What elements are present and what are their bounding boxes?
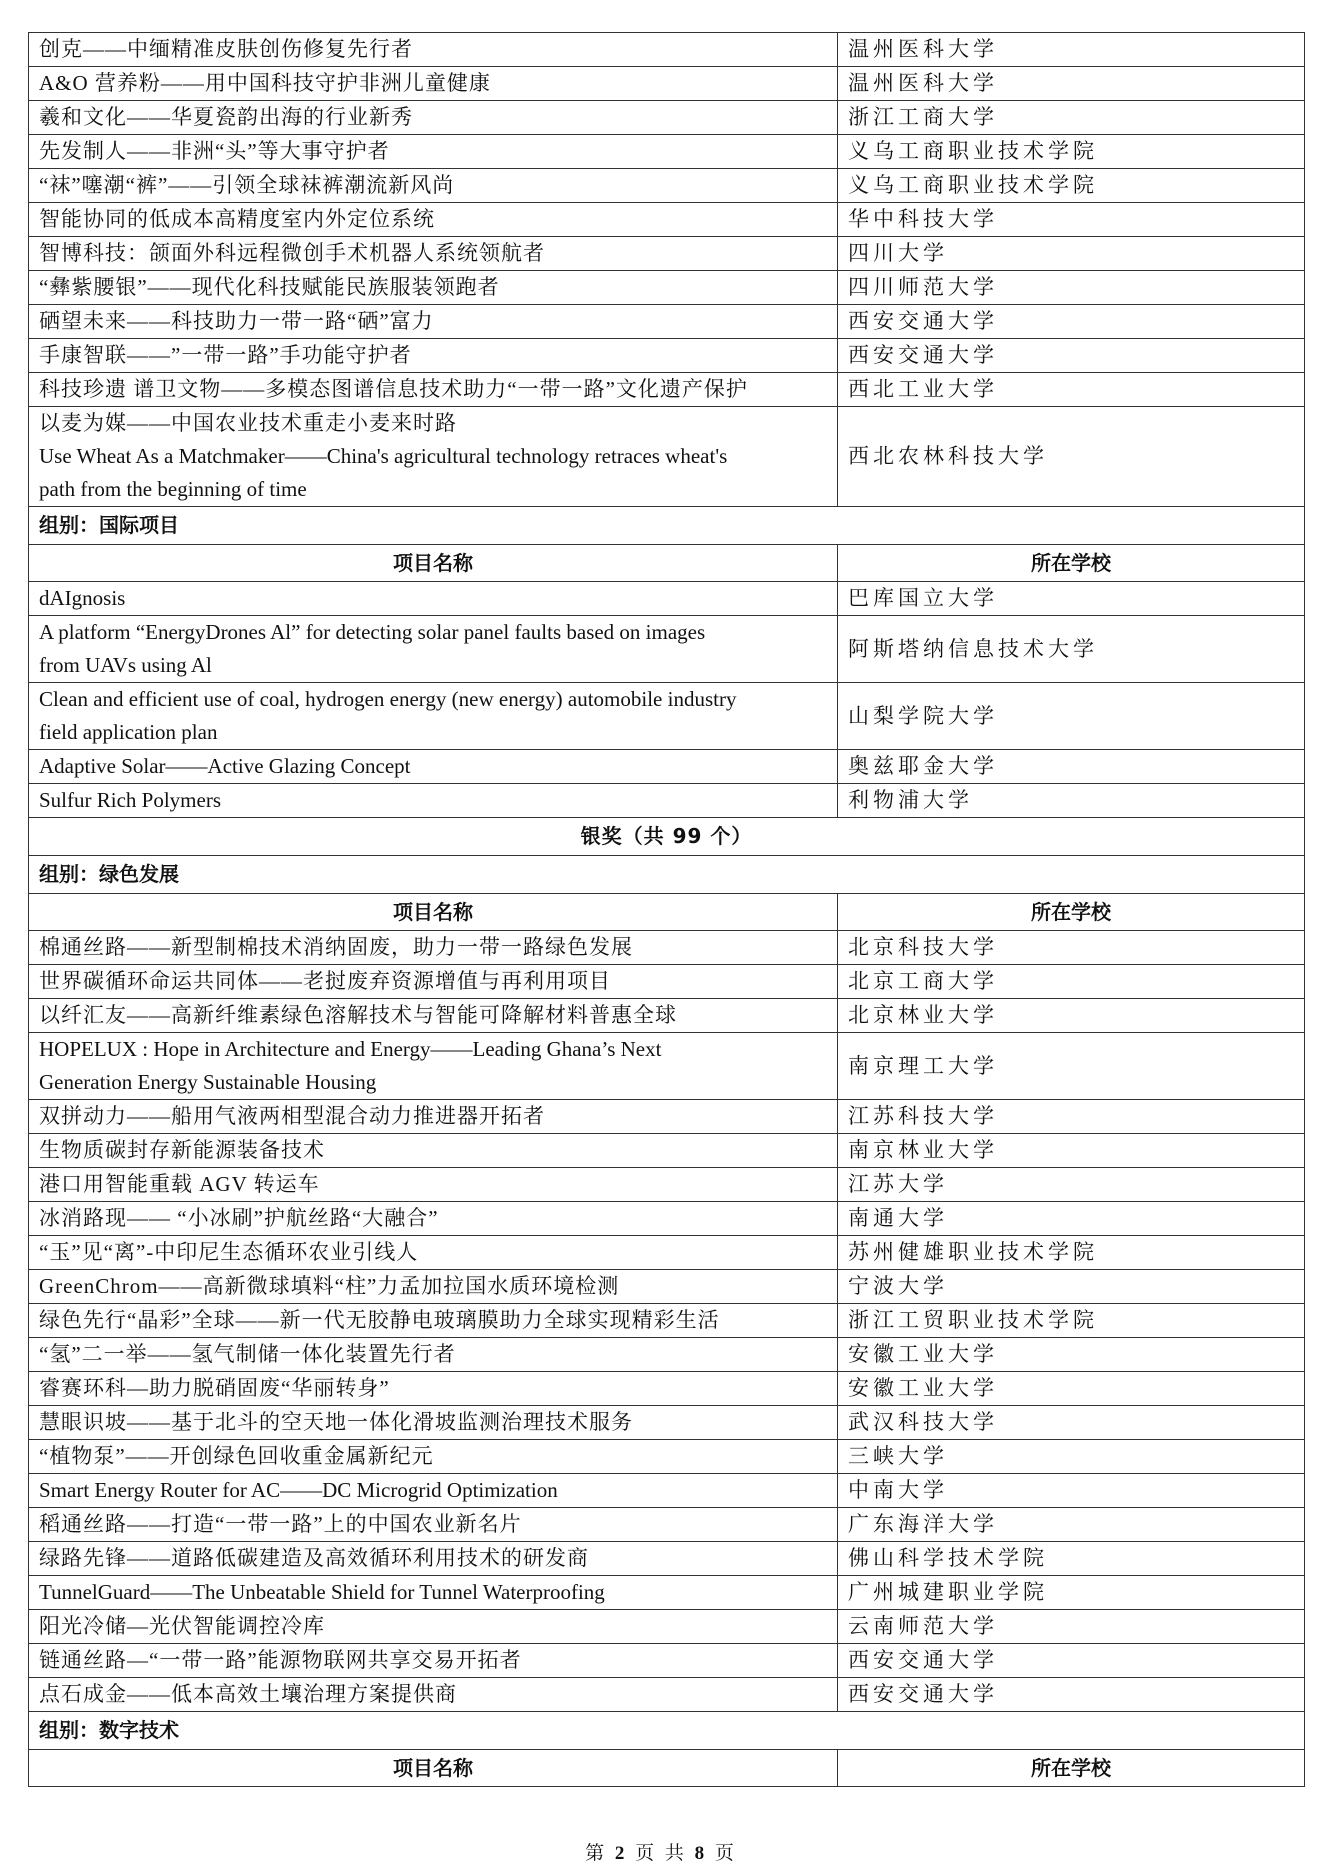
school-name: 浙江工商大学	[838, 101, 1305, 135]
project-name: 科技珍遗 谱卫文物——多模态图谱信息技术助力“一带一路”文化遗产保护	[29, 373, 838, 407]
school-name: 西安交通大学	[838, 1644, 1305, 1678]
table-row: “彝紫腰银”——现代化科技赋能民族服装领跑者四川师范大学	[29, 271, 1305, 305]
project-name: 绿路先锋——道路低碳建造及高效循环利用技术的研发商	[29, 1542, 838, 1576]
school-name: 西北农林科技大学	[838, 407, 1305, 507]
school-name: 广州城建职业学院	[838, 1576, 1305, 1610]
project-name: Adaptive Solar——Active Glazing Concept	[29, 750, 838, 784]
school-name: 北京科技大学	[838, 931, 1305, 965]
column-header-project: 项目名称	[29, 545, 838, 582]
table-row: 睿赛环科—助力脱硝固废“华丽转身”安徽工业大学	[29, 1372, 1305, 1406]
school-name: 四川大学	[838, 237, 1305, 271]
page-footer: 第 2 页 共 8 页	[0, 1838, 1322, 1865]
table-row: 生物质碳封存新能源装备技术南京林业大学	[29, 1134, 1305, 1168]
project-name: HOPELUX : Hope in Architecture and Energ…	[29, 1033, 838, 1100]
project-name: A platform “EnergyDrones Al” for detecti…	[29, 616, 838, 683]
table-row: 绿色先行“晶彩”全球——新一代无胶静电玻璃膜助力全球实现精彩生活浙江工贸职业技术…	[29, 1304, 1305, 1338]
project-name: dAIgnosis	[29, 582, 838, 616]
table-row: 阳光冷储—光伏智能调控冷库云南师范大学	[29, 1610, 1305, 1644]
school-name: 云南师范大学	[838, 1610, 1305, 1644]
school-name: 华中科技大学	[838, 203, 1305, 237]
school-name: 北京林业大学	[838, 999, 1305, 1033]
project-name: 生物质碳封存新能源装备技术	[29, 1134, 838, 1168]
project-name: 绿色先行“晶彩”全球——新一代无胶静电玻璃膜助力全球实现精彩生活	[29, 1304, 838, 1338]
school-name: 利物浦大学	[838, 784, 1305, 818]
table-row: 羲和文化——华夏瓷韵出海的行业新秀浙江工商大学	[29, 101, 1305, 135]
school-name: 南京理工大学	[838, 1033, 1305, 1100]
project-name-line: Generation Energy Sustainable Housing	[39, 1066, 827, 1099]
table-row: “植物泵”——开创绿色回收重金属新纪元三峡大学	[29, 1440, 1305, 1474]
project-name-line: A platform “EnergyDrones Al” for detecti…	[39, 616, 827, 649]
project-name: A&O 营养粉——用中国科技守护非洲儿童健康	[29, 67, 838, 101]
project-name: 冰消路现—— “小冰刷”护航丝路“大融合”	[29, 1202, 838, 1236]
project-name: 点石成金——低本高效土壤治理方案提供商	[29, 1678, 838, 1712]
table-header-row: 项目名称所在学校	[29, 894, 1305, 931]
project-name: 阳光冷储—光伏智能调控冷库	[29, 1610, 838, 1644]
table-row: dAIgnosis巴库国立大学	[29, 582, 1305, 616]
project-name-line: path from the beginning of time	[39, 473, 827, 506]
footer-suffix: 页	[715, 1843, 737, 1864]
school-name: 江苏科技大学	[838, 1100, 1305, 1134]
table-row: 链通丝路—“一带一路”能源物联网共享交易开拓者西安交通大学	[29, 1644, 1305, 1678]
project-name: 羲和文化——华夏瓷韵出海的行业新秀	[29, 101, 838, 135]
table-row: HOPELUX : Hope in Architecture and Energ…	[29, 1033, 1305, 1100]
project-name: 链通丝路—“一带一路”能源物联网共享交易开拓者	[29, 1644, 838, 1678]
project-name: 硒望未来——科技助力一带一路“硒”富力	[29, 305, 838, 339]
project-name: “彝紫腰银”——现代化科技赋能民族服装领跑者	[29, 271, 838, 305]
project-name: 以纤汇友——高新纤维素绿色溶解技术与智能可降解材料普惠全球	[29, 999, 838, 1033]
table-row: 以纤汇友——高新纤维素绿色溶解技术与智能可降解材料普惠全球北京林业大学	[29, 999, 1305, 1033]
school-name: 巴库国立大学	[838, 582, 1305, 616]
table-row: GreenChrom——高新微球填料“柱”力孟加拉国水质环境检测宁波大学	[29, 1270, 1305, 1304]
table-row: A platform “EnergyDrones Al” for detecti…	[29, 616, 1305, 683]
school-name: 南通大学	[838, 1202, 1305, 1236]
table-row: 创克——中缅精准皮肤创伤修复先行者温州医科大学	[29, 33, 1305, 67]
column-header-project: 项目名称	[29, 894, 838, 931]
column-header-school: 所在学校	[838, 894, 1305, 931]
group-label: 组别：绿色发展	[29, 856, 1305, 894]
school-name: 北京工商大学	[838, 965, 1305, 999]
school-name: 西北工业大学	[838, 373, 1305, 407]
school-name: 三峡大学	[838, 1440, 1305, 1474]
table-row: 以麦为媒——中国农业技术重走小麦来时路 Use Wheat As a Match…	[29, 407, 1305, 507]
school-name: 西安交通大学	[838, 1678, 1305, 1712]
table-row: 绿路先锋——道路低碳建造及高效循环利用技术的研发商佛山科学技术学院	[29, 1542, 1305, 1576]
award-title-row: 银奖（共 99 个）	[29, 818, 1305, 856]
project-name: “氢”二一举——氢气制储一体化装置先行者	[29, 1338, 838, 1372]
school-name: 安徽工业大学	[838, 1372, 1305, 1406]
school-name: 奥兹耶金大学	[838, 750, 1305, 784]
table-row: 稻通丝路——打造“一带一路”上的中国农业新名片广东海洋大学	[29, 1508, 1305, 1542]
project-name-line: Clean and efficient use of coal, hydroge…	[39, 683, 827, 716]
table-row: Sulfur Rich Polymers利物浦大学	[29, 784, 1305, 818]
school-name: 山梨学院大学	[838, 683, 1305, 750]
project-name: 以麦为媒——中国农业技术重走小麦来时路 Use Wheat As a Match…	[29, 407, 838, 507]
school-name: 义乌工商职业技术学院	[838, 135, 1305, 169]
school-name: 阿斯塔纳信息技术大学	[838, 616, 1305, 683]
school-name: 苏州健雄职业技术学院	[838, 1236, 1305, 1270]
table-row: 智能协同的低成本高精度室内外定位系统华中科技大学	[29, 203, 1305, 237]
project-name: 稻通丝路——打造“一带一路”上的中国农业新名片	[29, 1508, 838, 1542]
project-name: GreenChrom——高新微球填料“柱”力孟加拉国水质环境检测	[29, 1270, 838, 1304]
project-name: 创克——中缅精准皮肤创伤修复先行者	[29, 33, 838, 67]
footer-middle: 页 共	[635, 1843, 687, 1864]
project-name: 世界碳循环命运共同体——老挝废弃资源增值与再利用项目	[29, 965, 838, 999]
awards-document-page: 创克——中缅精准皮肤创伤修复先行者温州医科大学 A&O 营养粉——用中国科技守护…	[28, 32, 1294, 1787]
table-row: Smart Energy Router for AC——DC Microgrid…	[29, 1474, 1305, 1508]
table-row: 先发制人——非洲“头”等大事守护者义乌工商职业技术学院	[29, 135, 1305, 169]
table-row: 手康智联——”一带一路”手功能守护者西安交通大学	[29, 339, 1305, 373]
group-label-row: 组别：数字技术	[29, 1712, 1305, 1750]
school-name: 佛山科学技术学院	[838, 1542, 1305, 1576]
project-name: 双拼动力——船用气液两相型混合动力推进器开拓者	[29, 1100, 838, 1134]
table-row: 智博科技：颌面外科远程微创手术机器人系统领航者四川大学	[29, 237, 1305, 271]
school-name: 温州医科大学	[838, 33, 1305, 67]
group-label-row: 组别：国际项目	[29, 507, 1305, 545]
table-row: 冰消路现—— “小冰刷”护航丝路“大融合”南通大学	[29, 1202, 1305, 1236]
project-name: Clean and efficient use of coal, hydroge…	[29, 683, 838, 750]
table-row: TunnelGuard——The Unbeatable Shield for T…	[29, 1576, 1305, 1610]
table-row: 硒望未来——科技助力一带一路“硒”富力西安交通大学	[29, 305, 1305, 339]
school-name: 江苏大学	[838, 1168, 1305, 1202]
awards-table: 创克——中缅精准皮肤创伤修复先行者温州医科大学 A&O 营养粉——用中国科技守护…	[28, 32, 1305, 1787]
current-page-number: 2	[615, 1843, 628, 1864]
school-name: 宁波大学	[838, 1270, 1305, 1304]
school-name: 南京林业大学	[838, 1134, 1305, 1168]
table-row: Adaptive Solar——Active Glazing Concept奥兹…	[29, 750, 1305, 784]
project-name: 睿赛环科—助力脱硝固废“华丽转身”	[29, 1372, 838, 1406]
school-name: 中南大学	[838, 1474, 1305, 1508]
school-name: 四川师范大学	[838, 271, 1305, 305]
project-name: Smart Energy Router for AC——DC Microgrid…	[29, 1474, 838, 1508]
table-row: “袜”噻潮“裤”——引领全球袜裤潮流新风尚义乌工商职业技术学院	[29, 169, 1305, 203]
school-name: 温州医科大学	[838, 67, 1305, 101]
table-row: “玉”见“离”-中印尼生态循环农业引线人苏州健雄职业技术学院	[29, 1236, 1305, 1270]
project-name: Sulfur Rich Polymers	[29, 784, 838, 818]
school-name: 义乌工商职业技术学院	[838, 169, 1305, 203]
table-row: “氢”二一举——氢气制储一体化装置先行者安徽工业大学	[29, 1338, 1305, 1372]
school-name: 安徽工业大学	[838, 1338, 1305, 1372]
table-row: 港口用智能重载 AGV 转运车江苏大学	[29, 1168, 1305, 1202]
project-name-line: from UAVs using Al	[39, 649, 827, 682]
table-row: 世界碳循环命运共同体——老挝废弃资源增值与再利用项目北京工商大学	[29, 965, 1305, 999]
project-name: 手康智联——”一带一路”手功能守护者	[29, 339, 838, 373]
project-name: 智能协同的低成本高精度室内外定位系统	[29, 203, 838, 237]
project-name: 智博科技：颌面外科远程微创手术机器人系统领航者	[29, 237, 838, 271]
group-label-row: 组别：绿色发展	[29, 856, 1305, 894]
school-name: 西安交通大学	[838, 339, 1305, 373]
footer-prefix: 第	[585, 1843, 607, 1864]
group-label: 组别：数字技术	[29, 1712, 1305, 1750]
school-name: 浙江工贸职业技术学院	[838, 1304, 1305, 1338]
project-name: 先发制人——非洲“头”等大事守护者	[29, 135, 838, 169]
project-name: 港口用智能重载 AGV 转运车	[29, 1168, 838, 1202]
table-row: 双拼动力——船用气液两相型混合动力推进器开拓者江苏科技大学	[29, 1100, 1305, 1134]
project-name: “玉”见“离”-中印尼生态循环农业引线人	[29, 1236, 838, 1270]
project-name: 慧眼识坡——基于北斗的空天地一体化滑坡监测治理技术服务	[29, 1406, 838, 1440]
school-name: 广东海洋大学	[838, 1508, 1305, 1542]
school-name: 武汉科技大学	[838, 1406, 1305, 1440]
table-header-row: 项目名称所在学校	[29, 545, 1305, 582]
table-row: Clean and efficient use of coal, hydroge…	[29, 683, 1305, 750]
project-name: “植物泵”——开创绿色回收重金属新纪元	[29, 1440, 838, 1474]
project-name-line: field application plan	[39, 716, 827, 749]
table-row: 慧眼识坡——基于北斗的空天地一体化滑坡监测治理技术服务武汉科技大学	[29, 1406, 1305, 1440]
table-row: 科技珍遗 谱卫文物——多模态图谱信息技术助力“一带一路”文化遗产保护西北工业大学	[29, 373, 1305, 407]
table-row: 棉通丝路——新型制棉技术消纳固废，助力一带一路绿色发展北京科技大学	[29, 931, 1305, 965]
project-name: “袜”噻潮“裤”——引领全球袜裤潮流新风尚	[29, 169, 838, 203]
project-name: TunnelGuard——The Unbeatable Shield for T…	[29, 1576, 838, 1610]
school-name: 西安交通大学	[838, 305, 1305, 339]
table-row: 点石成金——低本高效土壤治理方案提供商西安交通大学	[29, 1678, 1305, 1712]
project-name: 棉通丝路——新型制棉技术消纳固废，助力一带一路绿色发展	[29, 931, 838, 965]
total-pages: 8	[695, 1843, 708, 1864]
project-name-line: Use Wheat As a Matchmaker——China's agric…	[39, 440, 827, 473]
table-row: A&O 营养粉——用中国科技守护非洲儿童健康温州医科大学	[29, 67, 1305, 101]
project-name-line: 以麦为媒——中国农业技术重走小麦来时路	[39, 407, 827, 440]
column-header-school: 所在学校	[838, 1750, 1305, 1787]
column-header-project: 项目名称	[29, 1750, 838, 1787]
project-name-line: HOPELUX : Hope in Architecture and Energ…	[39, 1033, 827, 1066]
award-title: 银奖（共 99 个）	[29, 818, 1305, 856]
table-header-row: 项目名称所在学校	[29, 1750, 1305, 1787]
group-label: 组别：国际项目	[29, 507, 1305, 545]
column-header-school: 所在学校	[838, 545, 1305, 582]
